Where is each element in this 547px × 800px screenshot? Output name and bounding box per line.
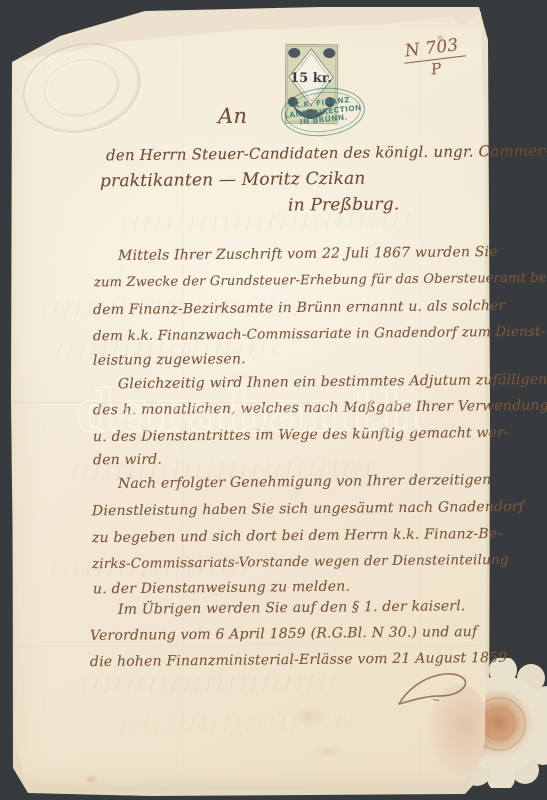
cancel-line-2: LAND-DIRECTION bbox=[284, 104, 362, 121]
body-line: leistung zugewiesen. bbox=[93, 351, 246, 369]
body-line: u. der Dienstanweisung zu melden. bbox=[93, 579, 350, 598]
address-line: in Preßburg. bbox=[288, 194, 400, 215]
reference-number: N 703 P bbox=[402, 34, 468, 81]
cancel-line-1: K.K. FINANZ bbox=[294, 96, 351, 110]
embossed-seal-inner-ring bbox=[38, 52, 125, 125]
ink-flourish bbox=[393, 666, 478, 718]
body-line: den wird. bbox=[93, 452, 162, 469]
fold-crease-horizontal bbox=[14, 645, 482, 648]
stamp-value: 15 kr. bbox=[290, 71, 332, 86]
cancel-line-3: IN BRÜNN. bbox=[299, 114, 348, 127]
salutation: An bbox=[218, 104, 247, 128]
photo-of-historical-document: { "scene": { "background_color": "#383b3… bbox=[0, 0, 547, 800]
address-line: praktikanten — Moritz Czikan bbox=[100, 169, 366, 192]
